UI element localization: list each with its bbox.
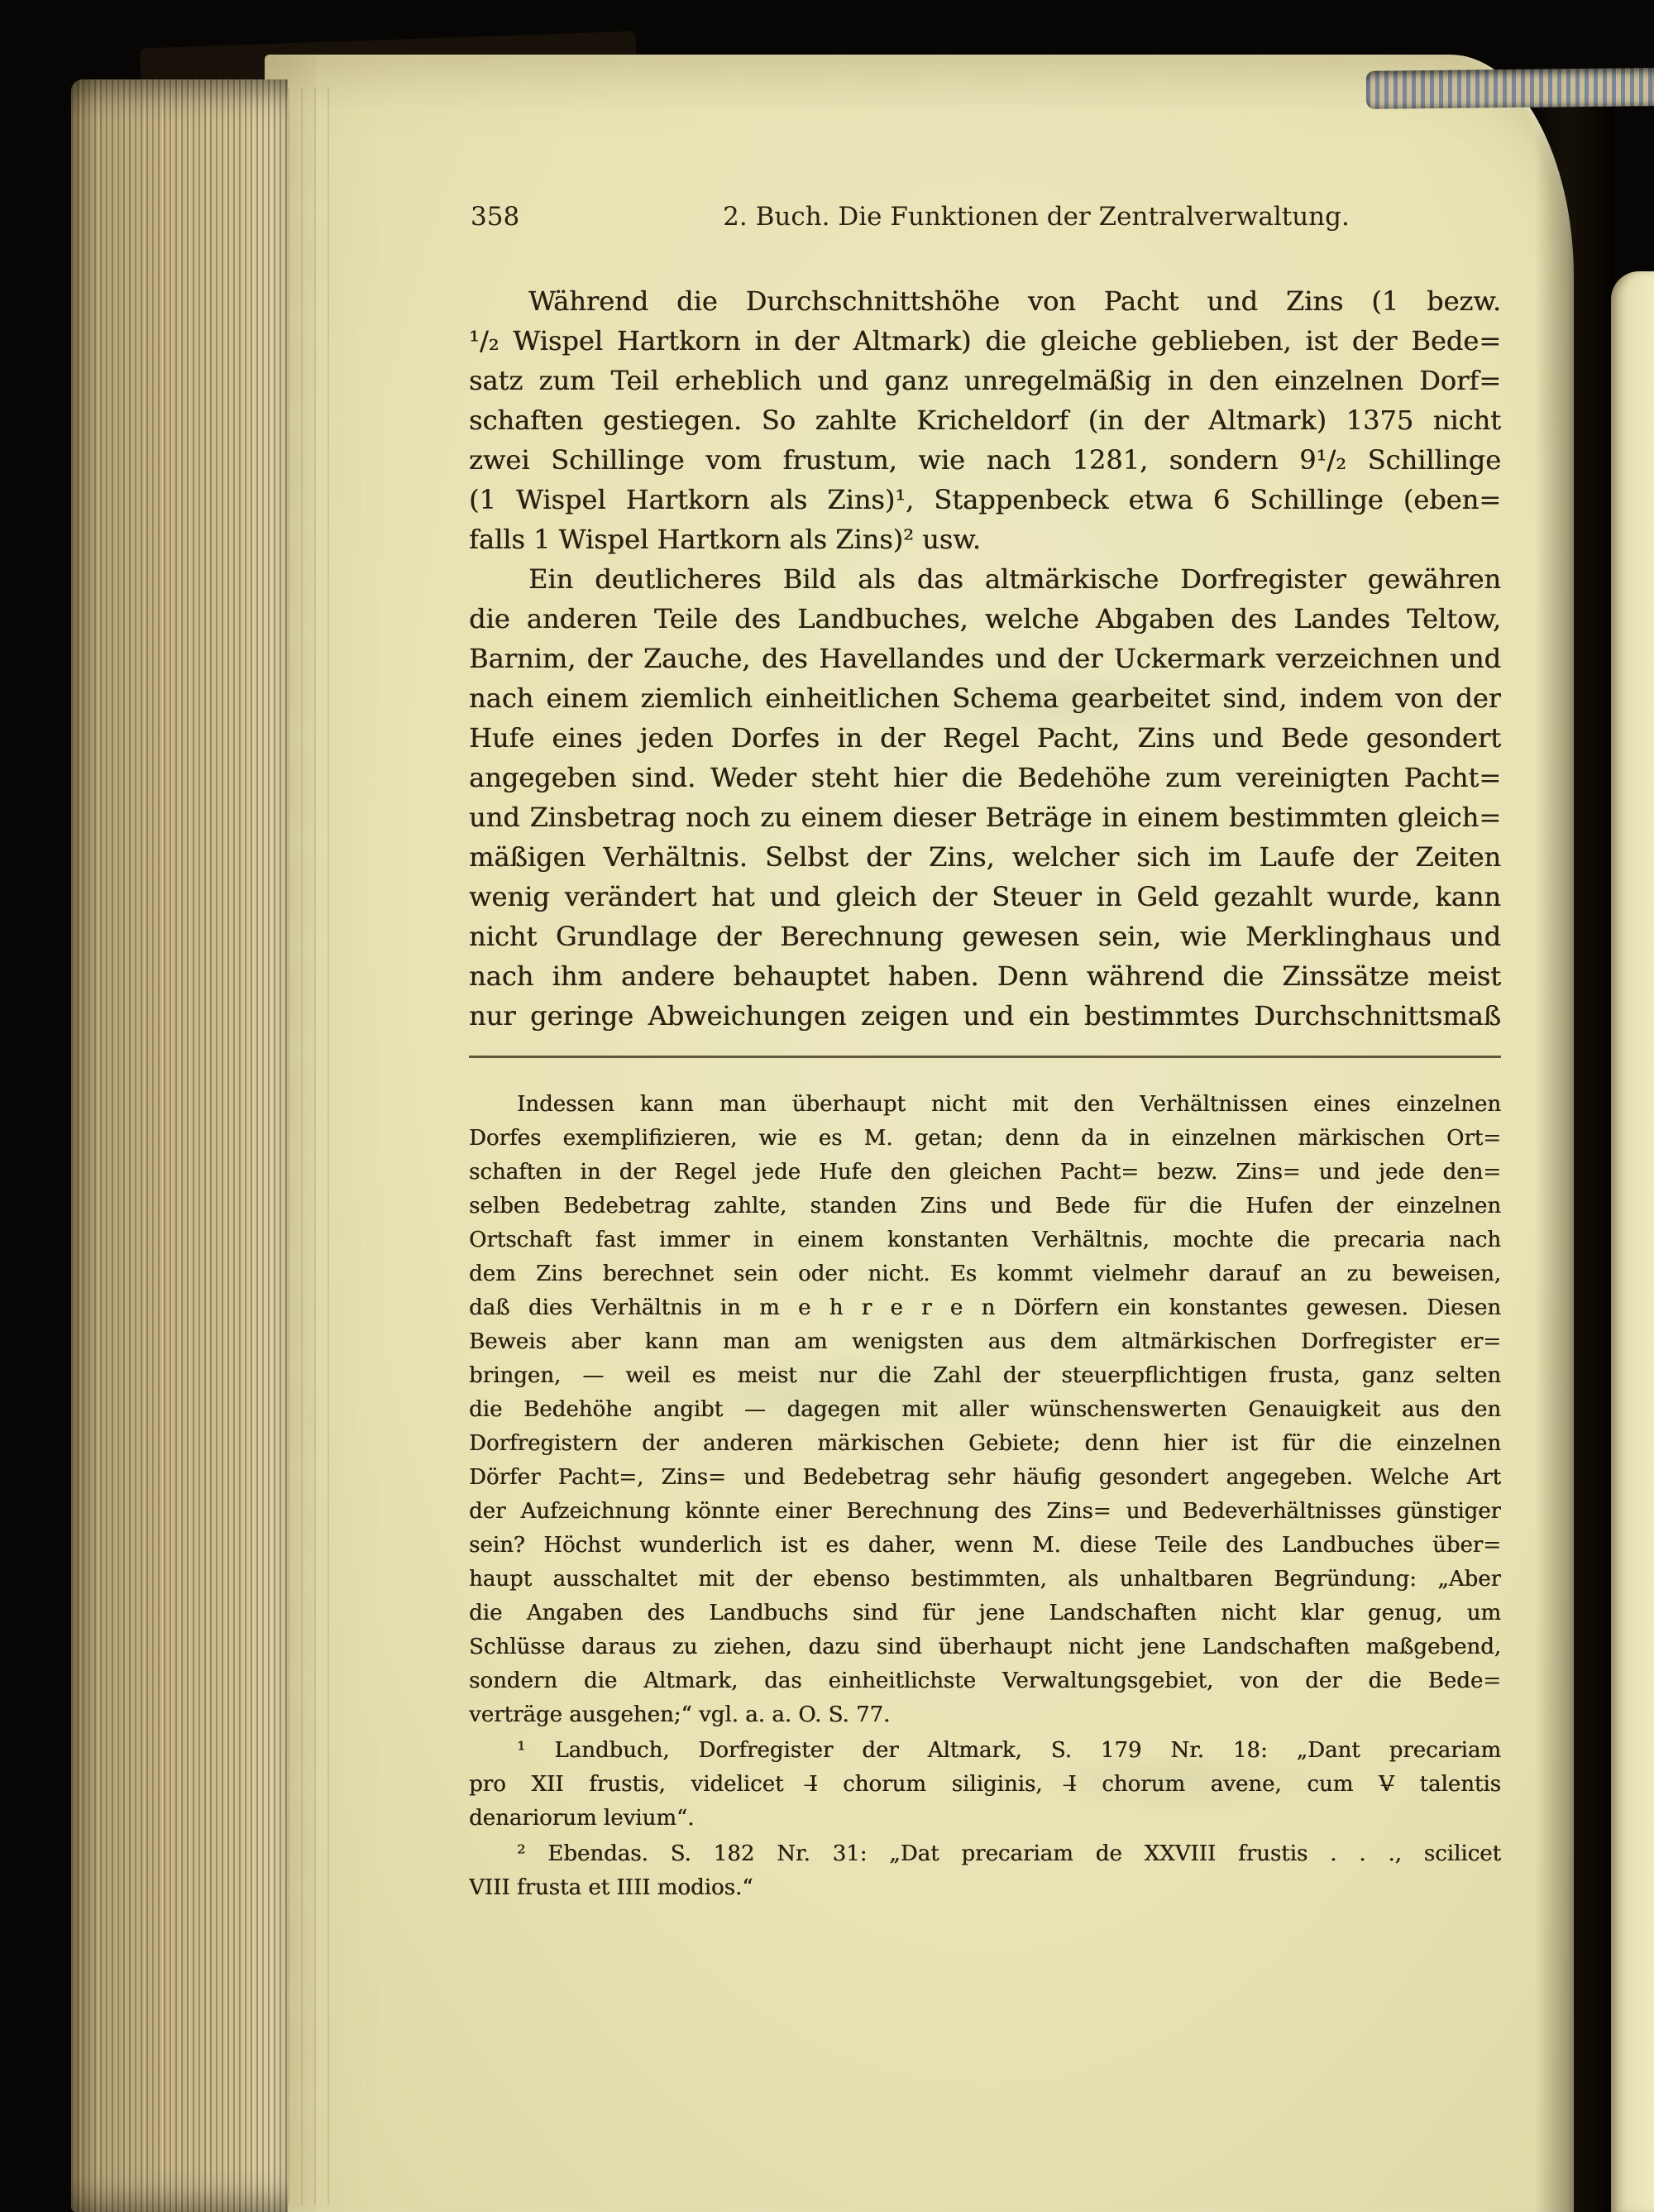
text-line: Dörfer Pacht=, Zins= und Bedebetrag sehr… (469, 1461, 1501, 1495)
text-line: die anderen Teile des Landbuches, welche… (469, 599, 1501, 639)
text-line: Während die Durchschnittshöhe von Pacht … (469, 281, 1501, 321)
text-line: selben Bedebetrag zahlte, standen Zins u… (469, 1190, 1501, 1223)
page-fold-lines (288, 88, 337, 2205)
text-line: zwei Schillinge vom frustum, wie nach 12… (469, 440, 1501, 480)
text-line: wenig verändert hat und gleich der Steue… (469, 877, 1501, 917)
text-line: pro XII frustis, videlicet I̶ chorum sil… (469, 1768, 1501, 1802)
text-line: der Aufzeichnung könnte einer Berechnung… (469, 1495, 1501, 1529)
text-line: bringen, — weil es meist nur die Zahl de… (469, 1359, 1501, 1393)
book-headband (1366, 68, 1654, 109)
next-page-edge (1611, 271, 1654, 2212)
text-column: 358 2. Buch. Die Funktionen der Zentralv… (469, 55, 1501, 2212)
text-line: dem Zins berechnet sein oder nicht. Es k… (469, 1257, 1501, 1291)
text-line: sein? Höchst wunderlich ist es daher, we… (469, 1529, 1501, 1563)
text-line: satz zum Teil erheblich und ganz unregel… (469, 361, 1501, 400)
footnote-separator-rule (469, 1056, 1501, 1058)
text-line: Dorfes exemplifizieren, wie es M. getan;… (469, 1122, 1501, 1156)
text-line: angegeben sind. Weder steht hier die Bed… (469, 758, 1501, 797)
text-line: nur geringe Abweichungen zeigen und ein … (469, 996, 1501, 1036)
text-line: falls 1 Wispel Hartkorn als Zins)² usw. (469, 519, 1501, 559)
text-line: nicht Grundlage der Berechnung gewesen s… (469, 917, 1501, 956)
text-line: Hufe eines jeden Dorfes in der Regel Pac… (469, 718, 1501, 758)
text-line: ¹ Landbuch, Dorfregister der Altmark, S.… (469, 1734, 1501, 1768)
text-line: nach einem ziemlich einheitlichen Schema… (469, 678, 1501, 718)
text-line: Indessen kann man überhaupt nicht mit de… (469, 1088, 1501, 1122)
text-line: Dorfregistern der anderen märkischen Geb… (469, 1427, 1501, 1461)
page-edge-stack (71, 79, 288, 2212)
text-line: und Zinsbetrag noch zu einem dieser Betr… (469, 797, 1501, 837)
text-line: sondern die Altmark, das einheitlichste … (469, 1664, 1501, 1698)
text-line: daß dies Verhältnis in m e h r e r e n D… (469, 1291, 1501, 1325)
text-line: Beweis aber kann man am wenigsten aus de… (469, 1325, 1501, 1359)
text-line: die Angaben des Landbuchs sind für jene … (469, 1597, 1501, 1630)
text-line: VIII frusta et IIII modios.“ (469, 1871, 1501, 1905)
text-line: schaften gestiegen. So zahlte Kricheldor… (469, 400, 1501, 440)
text-line: ² Ebendas. S. 182 Nr. 31: „Dat precariam… (469, 1837, 1501, 1871)
footnote-1: ¹ Landbuch, Dorfregister der Altmark, S.… (469, 1734, 1501, 1836)
book-scan: 358 2. Buch. Die Funktionen der Zentralv… (0, 0, 1654, 2212)
text-line: nach ihm andere behauptet haben. Denn wä… (469, 956, 1501, 996)
text-line: mäßigen Verhältnis. Selbst der Zins, wel… (469, 837, 1501, 877)
page-gutter-shadow (1535, 98, 1614, 2212)
text-line: Ein deutlicheres Bild als das altmärkisc… (469, 559, 1501, 599)
text-line: die Bedehöhe angibt — dagegen mit aller … (469, 1393, 1501, 1427)
text-line: Schlüsse daraus zu ziehen, dazu sind übe… (469, 1630, 1501, 1664)
page-number: 358 (471, 199, 519, 235)
book-page: 358 2. Buch. Die Funktionen der Zentralv… (265, 55, 1574, 2212)
text-line: Ortschaft fast immer in einem konstanten… (469, 1223, 1501, 1257)
footnote-commentary: Indessen kann man überhaupt nicht mit de… (469, 1088, 1501, 1732)
text-line: schaften in der Regel jede Hufe den glei… (469, 1156, 1501, 1190)
text-line: verträge ausgehen;“ vgl. a. a. O. S. 77. (469, 1698, 1501, 1732)
text-line: ¹/₂ Wispel Hartkorn in der Altmark) die … (469, 321, 1501, 361)
running-header: 358 2. Buch. Die Funktionen der Zentralv… (469, 199, 1501, 235)
text-line: Barnim, der Zauche, des Havellandes und … (469, 639, 1501, 678)
text-line: haupt ausschaltet mit der ebenso bestimm… (469, 1563, 1501, 1597)
footnote-2: ² Ebendas. S. 182 Nr. 31: „Dat precariam… (469, 1837, 1501, 1905)
paragraph-2: Ein deutlicheres Bild als das altmärkisc… (469, 559, 1501, 1036)
text-line: denariorum levium“. (469, 1802, 1501, 1836)
text-line: (1 Wispel Hartkorn als Zins)¹, Stappenbe… (469, 480, 1501, 519)
running-header-title: 2. Buch. Die Funktionen der Zentralverwa… (614, 199, 1458, 235)
paragraph-1: Während die Durchschnittshöhe von Pacht … (469, 281, 1501, 559)
